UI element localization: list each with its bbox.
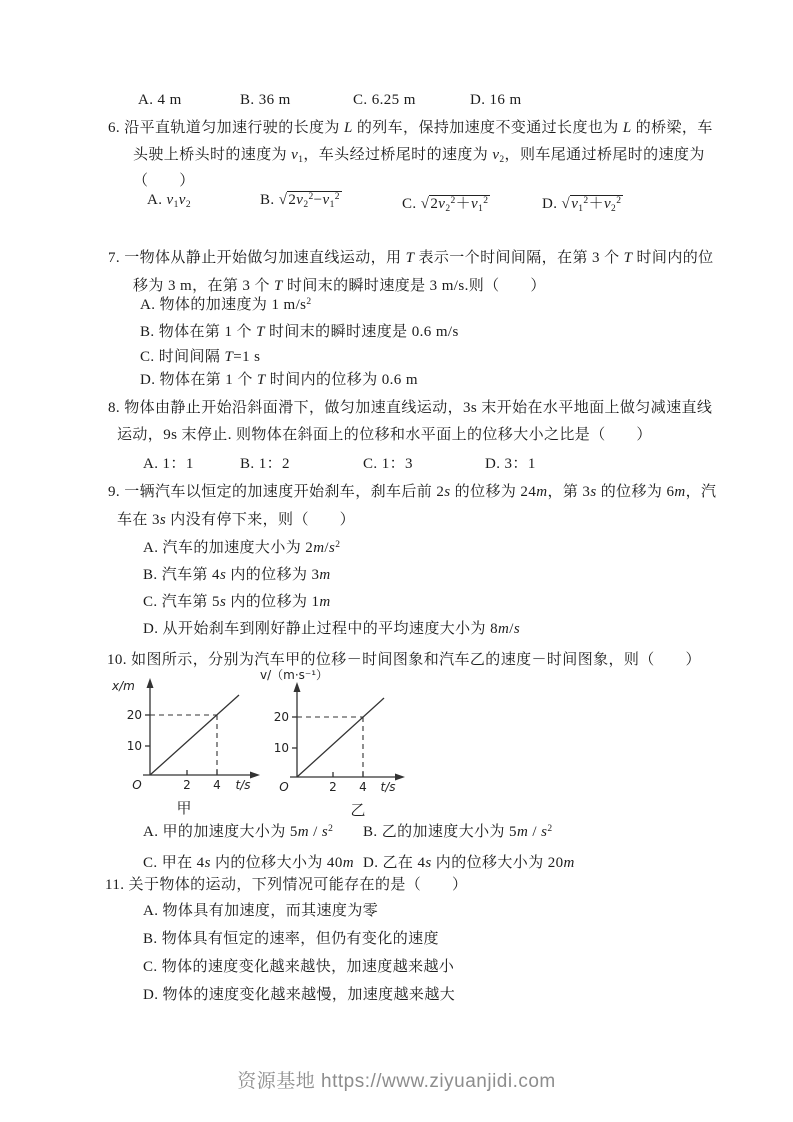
- graph-yi-caption: 乙: [350, 803, 365, 819]
- q5-option-d: D. 16 m: [470, 92, 522, 109]
- q7-option-b: B. 物体在第 1 个 T 时间末的瞬时速度是 0.6 m/s: [140, 322, 459, 343]
- graph-yi-ylabel: v/（m·s⁻¹）: [260, 668, 328, 682]
- x-tick-label-2: 2: [183, 778, 191, 792]
- y-tick-label-10: 10: [127, 739, 142, 753]
- q8-line-2: 运动，9s 末停止. 则物体在斜面上的位移和水平面上的位移大小之比是（ ）: [117, 425, 652, 446]
- q9-option-a: A. 汽车的加速度大小为 2m/s2: [143, 538, 340, 559]
- q6-line-3: （ ）: [133, 171, 195, 192]
- q6-options-row: A. v1v2 B. √2v22−v12 C. √2v22＋v12 D. √v1…: [0, 192, 793, 216]
- q11-option-b: B. 物体具有恒定的速率，但仍有变化的速度: [143, 929, 439, 950]
- q7-option-c: C. 时间间隔 T=1 s: [140, 347, 260, 368]
- q6-option-d: D. √v12＋v22: [542, 192, 623, 213]
- q6-line-2: 头驶上桥头时的速度为 v1，车头经过桥尾时的速度为 v2，则车尾通过桥尾时的速度…: [133, 145, 705, 166]
- graph-yi-velocity-time: v/（m·s⁻¹） 20 10 2 4 O t/s 乙: [246, 664, 424, 822]
- q10-option-c: C. 甲在 4s 内的位移大小为 40m: [143, 851, 354, 872]
- x-tick-label-4: 4: [359, 780, 367, 794]
- y-axis-arrow: [147, 678, 154, 688]
- q8-option-c: C. 1：3: [363, 452, 413, 473]
- q8-options-row: A. 1：1 B. 1：2 C. 1：3 D. 3：1: [0, 452, 793, 476]
- q9-line-2: 车在 3s 内没有停下来，则（ ）: [117, 510, 355, 531]
- origin-label: O: [279, 780, 288, 794]
- q9-option-b: B. 汽车第 4s 内的位移为 3m: [143, 565, 331, 586]
- q6-option-b: B. √2v22−v12: [260, 192, 342, 209]
- y-axis-arrow: [294, 682, 301, 692]
- site-watermark: 资源基地 https://www.ziyuanjidi.com: [0, 1066, 793, 1093]
- data-line: [297, 698, 384, 777]
- q8-line-1: 8. 物体由静止开始沿斜面滑下，做匀加速直线运动，3s 末开始在水平地面上做匀减…: [108, 398, 712, 419]
- y-tick-label-20: 20: [127, 708, 142, 722]
- q10-option-d: D. 乙在 4s 内的位移大小为 20m: [363, 851, 575, 872]
- graph-jia-caption: 甲: [176, 800, 191, 817]
- q5-option-c: C. 6.25 m: [353, 92, 416, 109]
- q10-option-b: B. 乙的加速度大小为 5m / s2: [363, 820, 552, 841]
- graph-jia-ylabel: x/m: [111, 679, 135, 693]
- q10-option-a: A. 甲的加速度大小为 5m / s2: [143, 820, 333, 841]
- graph-jia-position-time: x/m 20 10 2 4 O t/s 甲: [96, 670, 266, 820]
- q9-option-d: D. 从开始刹车到刚好静止过程中的平均速度大小为 8m/s: [143, 619, 520, 640]
- q11-line-1: 11. 关于物体的运动，下列情况可能存在的是（ ）: [105, 875, 467, 896]
- x-axis-arrow: [395, 774, 405, 781]
- q7-option-d: D. 物体在第 1 个 T 时间内的位移为 0.6 m: [140, 370, 418, 391]
- q6-line-1: 6. 沿平直轨道匀加速行驶的长度为 L 的列车，保持加速度不变通过长度也为 L …: [108, 118, 713, 139]
- q11-option-d: D. 物体的速度变化越来越慢，加速度越来越大: [143, 985, 455, 1006]
- q11-option-c: C. 物体的速度变化越来越快，加速度越来越小: [143, 957, 454, 978]
- q5-options-row: A. 4 m B. 36 m C. 6.25 m D. 16 m: [0, 92, 793, 116]
- exam-page: A. 4 m B. 36 m C. 6.25 m D. 16 m 6. 沿平直轨…: [0, 0, 793, 1122]
- origin-label: O: [132, 778, 141, 792]
- x-tick-label-2: 2: [329, 780, 337, 794]
- q7-line-1: 7. 一物体从静止开始做匀加速直线运动，用 T 表示一个时间间隔，在第 3 个 …: [108, 248, 714, 269]
- q6-option-a: A. v1v2: [147, 192, 191, 209]
- q8-option-d: D. 3：1: [485, 452, 536, 473]
- graph-yi-xlabel: t/s: [381, 780, 396, 794]
- q8-option-b: B. 1：2: [240, 452, 290, 473]
- q6-option-c: C. √2v22＋v12: [402, 192, 490, 213]
- q5-option-b: B. 36 m: [240, 92, 291, 109]
- data-line: [150, 695, 239, 775]
- q7-option-a: A. 物体的加速度为 1 m/s2: [140, 295, 312, 316]
- q9-line-1: 9. 一辆汽车以恒定的加速度开始刹车，刹车后前 2s 的位移为 24m，第 3s…: [108, 482, 716, 503]
- q10-options-row-1: A. 甲的加速度大小为 5m / s2 B. 乙的加速度大小为 5m / s2: [0, 820, 793, 844]
- q5-option-a: A. 4 m: [138, 92, 182, 109]
- q10-options-row-2: C. 甲在 4s 内的位移大小为 40m D. 乙在 4s 内的位移大小为 20…: [0, 851, 793, 875]
- q9-option-c: C. 汽车第 5s 内的位移为 1m: [143, 592, 331, 613]
- x-tick-label-4: 4: [213, 778, 221, 792]
- y-tick-label-20: 20: [274, 710, 289, 724]
- q11-option-a: A. 物体具有加速度，而其速度为零: [143, 901, 378, 922]
- y-tick-label-10: 10: [274, 741, 289, 755]
- q7-line-2: 移为 3 m，在第 3 个 T 时间末的瞬时速度是 3 m/s.则（ ）: [133, 276, 546, 297]
- q8-option-a: A. 1：1: [143, 452, 194, 473]
